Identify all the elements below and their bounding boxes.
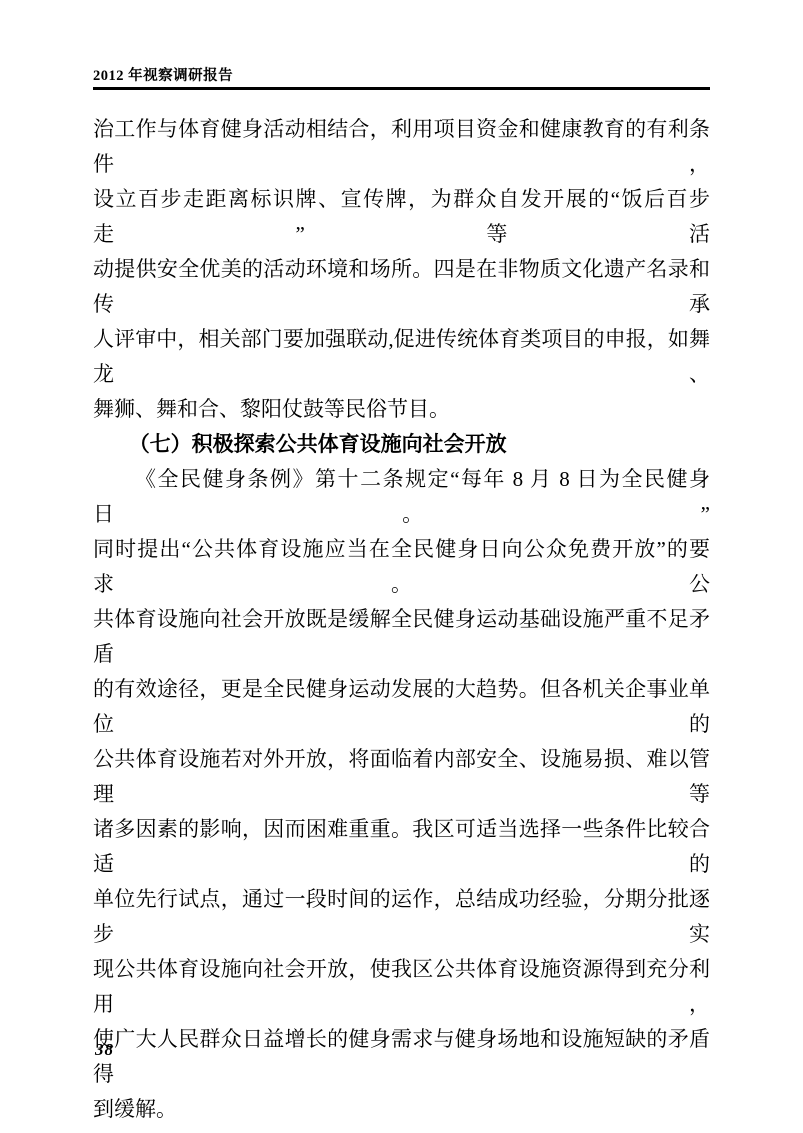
body-line: 人评审中，相关部门要加强联动,促进传统体育类项目的申报，如舞龙、 xyxy=(93,322,710,392)
body-line: 诸多因素的影响，因而困难重重。我区可适当选择一些条件比较合适的 xyxy=(93,812,710,882)
body-line: 同时提出“公共体育设施应当在全民健身日向公众免费开放”的要求。公 xyxy=(93,532,710,602)
document-body: 治工作与体育健身活动相结合，利用项目资金和健康教育的有利条件， 设立百步走距离标… xyxy=(93,112,710,1127)
page-header: 2012 年视察调研报告 xyxy=(93,68,710,84)
body-line: 到缓解。 xyxy=(93,1092,710,1127)
section-heading: （七）积极探索公共体育设施向社会开放 xyxy=(93,427,710,462)
body-line: 舞狮、舞和合、黎阳仗鼓等民俗节目。 xyxy=(93,392,710,427)
body-line: 《全民健身条例》第十二条规定“每年 8 月 8 日为全民健身日。” xyxy=(93,462,710,532)
body-line: 使广大人民群众日益增长的健身需求与健身场地和设施短缺的矛盾得 xyxy=(93,1022,710,1092)
body-line: 公共体育设施若对外开放，将面临着内部安全、设施易损、难以管理等 xyxy=(93,742,710,812)
body-line: 动提供安全优美的活动环境和场所。四是在非物质文化遗产名录和传承 xyxy=(93,252,710,322)
page-number: 38 xyxy=(95,1040,114,1060)
body-line: 现公共体育设施向社会开放，使我区公共体育设施资源得到充分利用， xyxy=(93,952,710,1022)
header-divider-rule xyxy=(93,87,710,90)
body-line: 治工作与体育健身活动相结合，利用项目资金和健康教育的有利条件， xyxy=(93,112,710,182)
body-line: 共体育设施向社会开放既是缓解全民健身运动基础设施严重不足矛盾 xyxy=(93,602,710,672)
body-line: 设立百步走距离标识牌、宣传牌，为群众自发开展的“饭后百步走”等活 xyxy=(93,182,710,252)
report-header-title: 2012 年视察调研报告 xyxy=(93,68,710,84)
body-line: 单位先行试点，通过一段时间的运作，总结成功经验，分期分批逐步实 xyxy=(93,882,710,952)
body-line: 的有效途径，更是全民健身运动发展的大趋势。但各机关企事业单位的 xyxy=(93,672,710,742)
